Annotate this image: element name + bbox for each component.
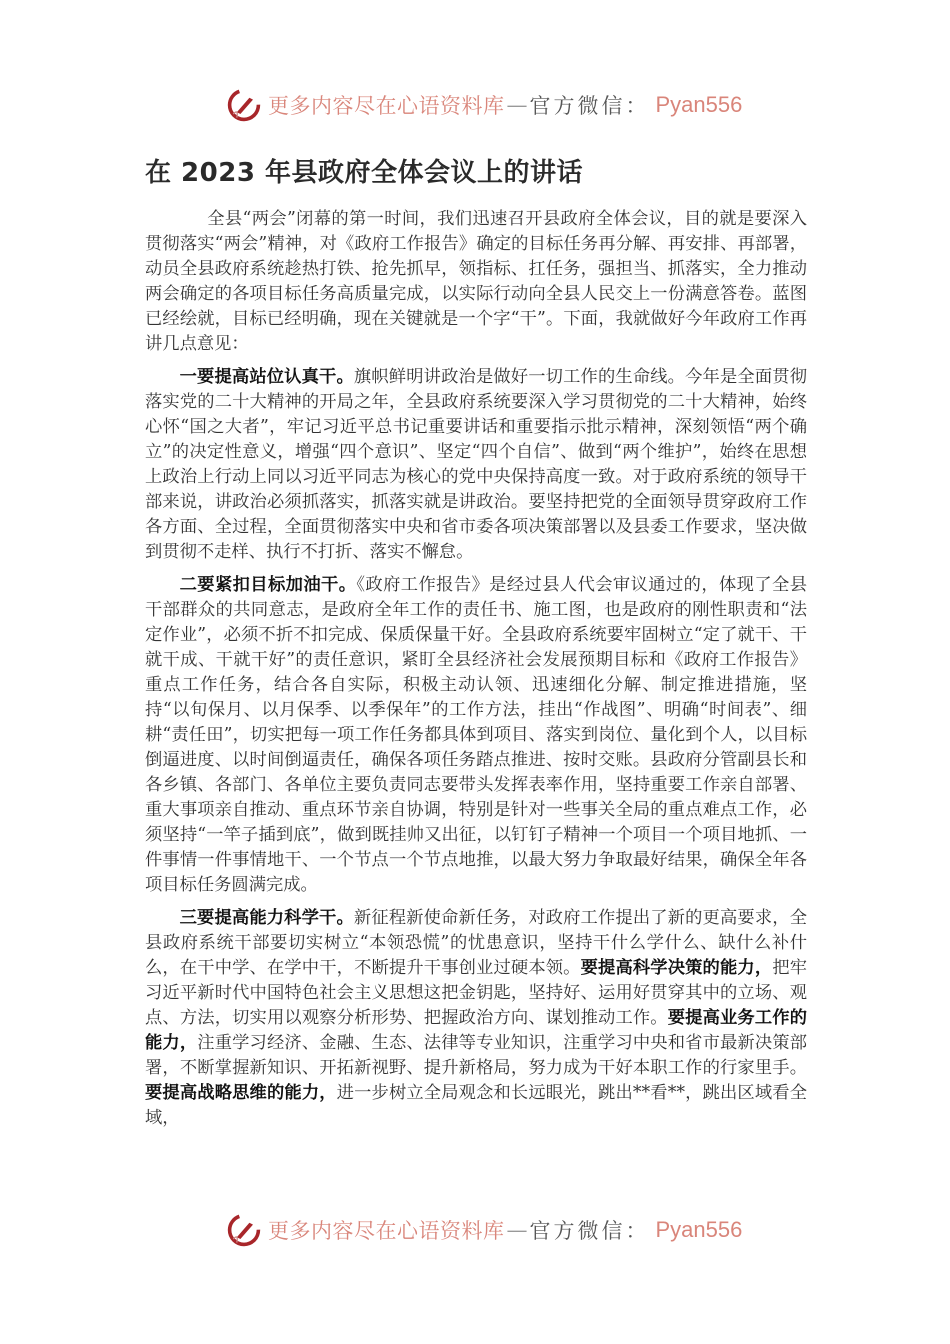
section-3-point-1-heading: 要提高科学决策的能力， bbox=[581, 958, 773, 978]
banner-promo-text: 更多内容尽在心语资料库 bbox=[268, 1215, 505, 1245]
banner-wechat-label: 官方微信： bbox=[530, 1215, 650, 1245]
section-2-body: 《政府工作报告》是经过县人代会审议通过的，体现了全县干部群众的共同意志，是政府全… bbox=[145, 575, 807, 895]
section-3-heading: 三要提高能力科学干。 bbox=[180, 908, 354, 928]
footer-watermark-banner: 更多内容尽在心语资料库 — 官方微信： Pyan556 bbox=[226, 1210, 742, 1250]
section-1-heading: 一要提高站位认真干。 bbox=[180, 367, 354, 387]
section-2-paragraph: 二要紧扣目标加油干。《政府工作报告》是经过县人代会审议通过的，体现了全县干部群众… bbox=[145, 573, 807, 898]
banner-wechat-label: 官方微信： bbox=[530, 90, 650, 120]
banner-dash: — bbox=[507, 1218, 528, 1242]
banner-wechat-id: Pyan556 bbox=[656, 1217, 743, 1243]
intro-paragraph: 全县“两会”闭幕的第一时间，我们迅速召开县政府全体会议，目的就是要深入贯彻落实“… bbox=[145, 207, 807, 357]
section-1-paragraph: 一要提高站位认真干。旗帜鲜明讲政治是做好一切工作的生命线。今年是全面贯彻落实党的… bbox=[145, 365, 807, 565]
banner-dash: — bbox=[507, 93, 528, 117]
section-3-paragraph: 三要提高能力科学干。新征程新使命新任务，对政府工作提出了新的更高要求，全县政府系… bbox=[145, 906, 807, 1131]
section-3-point-3-heading: 要提高战略思维的能力， bbox=[145, 1083, 337, 1103]
section-2-heading: 二要紧扣目标加油干。 bbox=[180, 575, 357, 595]
quill-pen-logo-icon bbox=[226, 1212, 262, 1248]
banner-promo-text: 更多内容尽在心语资料库 bbox=[268, 90, 505, 120]
header-watermark-banner: 更多内容尽在心语资料库 — 官方微信： Pyan556 bbox=[226, 85, 742, 125]
section-1-body: 旗帜鲜明讲政治是做好一切工作的生命线。今年是全面贯彻落实党的二十大精神的开局之年… bbox=[145, 367, 807, 562]
quill-pen-logo-icon bbox=[226, 87, 262, 123]
banner-wechat-id: Pyan556 bbox=[656, 92, 743, 118]
document-body: 全县“两会”闭幕的第一时间，我们迅速召开县政府全体会议，目的就是要深入贯彻落实“… bbox=[145, 207, 807, 1139]
page-title: 在 2023 年县政府全体会议上的讲话 bbox=[145, 152, 583, 189]
section-3-point-2-text: 注重学习经济、金融、生态、法律等专业知识，注重学习中央和省市最新决策部署，不断掌… bbox=[145, 1033, 807, 1078]
